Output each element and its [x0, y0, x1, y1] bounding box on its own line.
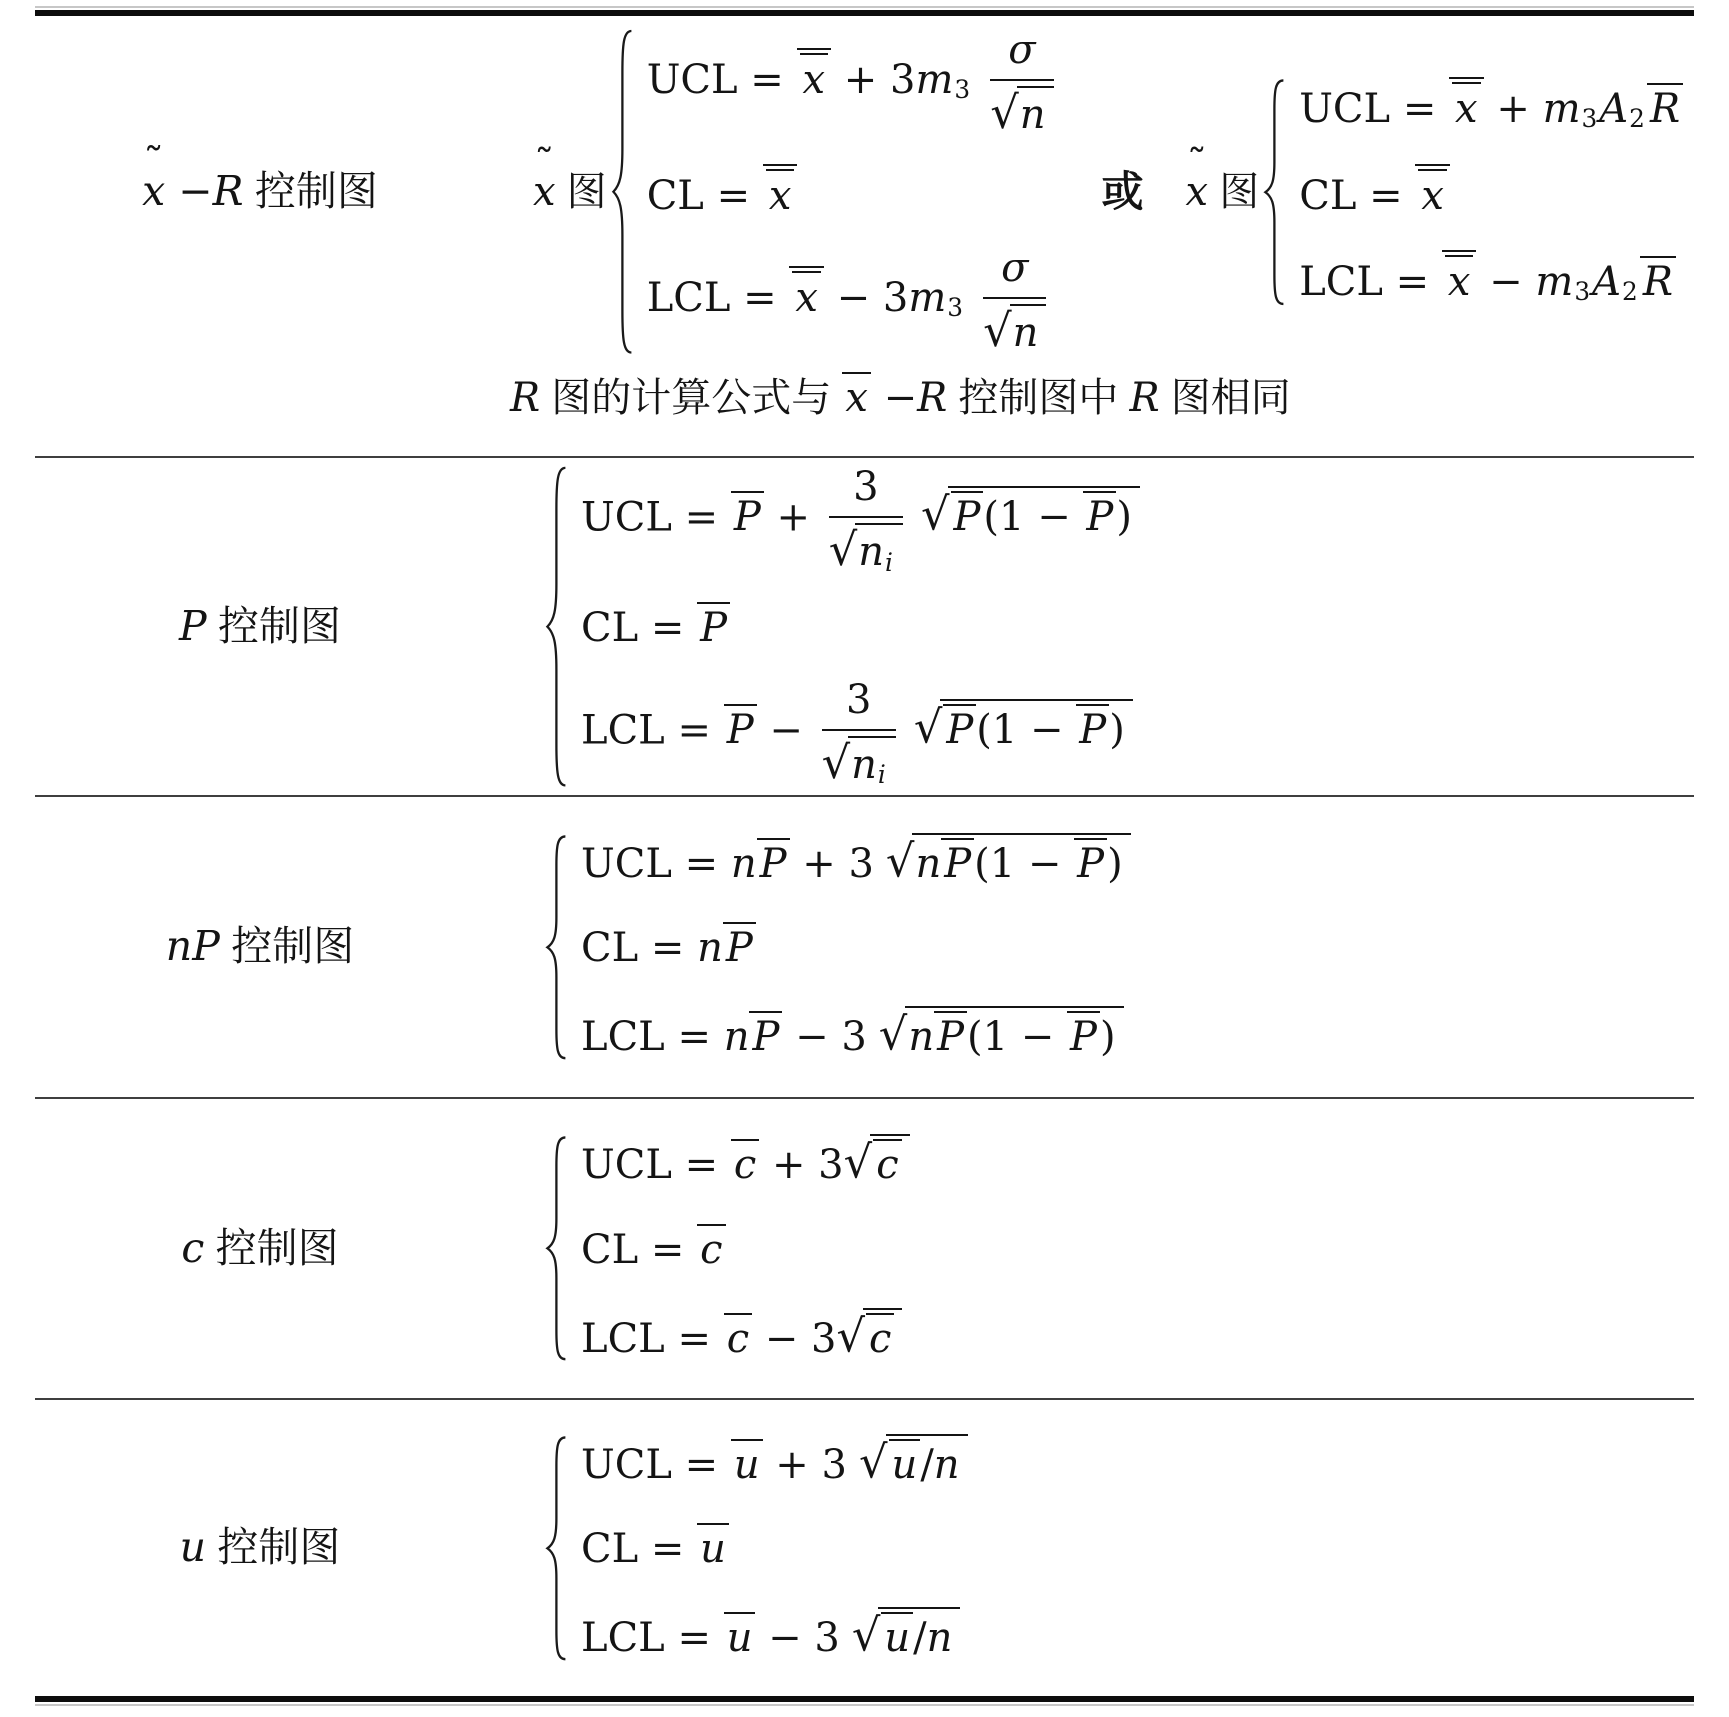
- math-variable: c: [876, 1142, 898, 1188]
- vinculum: u/n: [886, 1434, 968, 1489]
- math-variable: P: [700, 605, 727, 651]
- math-text: (1 −: [974, 841, 1074, 887]
- math-variable: n: [915, 841, 941, 887]
- row-label-median-r: ˜x −R 控制图: [35, 167, 485, 216]
- lcl-formula: LCL = P − 3√ni√P(1 − P): [581, 676, 1140, 791]
- row-label-formula: P 控制图: [179, 602, 341, 651]
- median-chart-sigma-group: ˜x 图 UCL = x + 3m3σ√n CL = x LCL = x − 3…: [533, 26, 1060, 358]
- control-chart-formula-table: ˜x −R 控制图 ˜x 图 UCL = x + 3m3σ√n CL = x L…: [35, 0, 1694, 1706]
- math-variable: σ: [1001, 245, 1028, 291]
- cl-formula: CL = c: [581, 1224, 910, 1274]
- denominator: √n: [990, 81, 1053, 140]
- row-median-r-chart: ˜x −R 控制图 ˜x 图 UCL = x + 3m3σ√n CL = x L…: [35, 16, 1694, 456]
- overbar: P: [731, 491, 764, 538]
- vinculum: u/n: [878, 1607, 960, 1662]
- math-variable: c: [734, 1142, 756, 1188]
- label-text: 图的计算公式与: [540, 376, 842, 420]
- overbar: c: [697, 1224, 725, 1271]
- math-text: (1 −: [976, 707, 1076, 753]
- double-overbar: x: [789, 266, 824, 319]
- math-variable: R: [510, 375, 540, 421]
- p-formula-area: UCL = P + 3√ni√P(1 − P) CL = P LCL = P −…: [485, 463, 1694, 790]
- or-text: 或: [1102, 168, 1144, 215]
- r-chart-note: R 图的计算公式与 x −R 控制图中 R 图相同: [510, 372, 1694, 422]
- radical-icon: √: [822, 736, 849, 789]
- math-text: UCL =: [581, 1142, 731, 1188]
- left-brace-icon: [1263, 77, 1287, 307]
- math-text: −: [165, 167, 212, 215]
- tilde-accented: ˜x: [142, 167, 165, 216]
- math-variable: c: [869, 1316, 891, 1362]
- label-text: 控制图中: [947, 376, 1129, 420]
- row-label-u: u 控制图: [35, 1523, 485, 1572]
- row-label-formula: u 控制图: [180, 1523, 341, 1572]
- square-root: √nP(1 − P): [879, 1006, 1124, 1061]
- denominator: √ni: [829, 518, 903, 578]
- vinculum: n: [1017, 86, 1054, 139]
- math-variable: m: [908, 275, 946, 321]
- math-variable: u: [892, 1442, 918, 1488]
- radical-icon: √: [837, 1309, 864, 1362]
- math-subscript: i: [885, 548, 893, 577]
- p-chart-group: UCL = P + 3√ni√P(1 − P) CL = P LCL = P −…: [545, 463, 1140, 790]
- row-label-c: c 控制图: [35, 1224, 485, 1273]
- tilde-accent-icon: ˜: [143, 143, 164, 184]
- radical-icon: √: [829, 523, 856, 576]
- square-root: √u/n: [859, 1434, 968, 1489]
- math-variable: P: [1079, 707, 1106, 753]
- row-label-formula: ˜x −R 控制图: [142, 167, 378, 216]
- math-variable: P: [734, 494, 761, 540]
- math-variable: m: [1535, 259, 1573, 305]
- math-variable: P: [937, 1014, 964, 1060]
- math-variable: P: [726, 925, 753, 971]
- overbar: P: [941, 838, 974, 885]
- label-text: 控制图: [243, 168, 377, 214]
- overbar: P: [1067, 1011, 1100, 1058]
- row-label-p: P 控制图: [35, 602, 485, 651]
- u-chart-group: UCL = u + 3√u/n CL = u LCL = u − 3√u/n: [545, 1434, 968, 1663]
- math-variable: P: [1086, 494, 1113, 540]
- radical-icon: √: [852, 1609, 879, 1662]
- math-variable: u: [884, 1615, 910, 1661]
- overbar: P: [757, 838, 790, 885]
- radical-icon: √: [983, 304, 1010, 357]
- math-variable: x: [845, 375, 868, 421]
- math-variable: c: [727, 1316, 749, 1362]
- ucl-formula: UCL = x + m3A2R: [1299, 77, 1683, 134]
- radical-icon: √: [844, 1136, 871, 1189]
- double-overbar: x: [763, 164, 798, 217]
- math-text: UCL =: [1299, 86, 1449, 132]
- overbar: P: [723, 922, 756, 969]
- radical-icon: √: [859, 1435, 886, 1488]
- square-root: √P(1 − P): [921, 486, 1140, 541]
- left-brace-icon: [611, 26, 635, 358]
- math-text: LCL =: [581, 1615, 724, 1661]
- lcl-formula: LCL = x − 3m3σ√n: [647, 244, 1060, 358]
- overbar: R: [1640, 256, 1676, 303]
- math-variable: R: [1643, 259, 1673, 305]
- math-text: (1 −: [967, 1014, 1067, 1060]
- overbar: c: [724, 1313, 752, 1360]
- left-brace-icon: [545, 1134, 569, 1363]
- overbar: P: [1083, 491, 1116, 538]
- math-text: ): [1100, 1014, 1116, 1060]
- math-text: CL =: [581, 1227, 697, 1273]
- math-variable: n: [731, 841, 757, 887]
- left-brace-icon: [545, 463, 569, 790]
- label-text: 图: [1208, 170, 1259, 214]
- numerator: 3: [822, 676, 896, 731]
- formula-lines: UCL = nP + 3√nP(1 − P) CL = nP LCL = nP …: [581, 833, 1131, 1062]
- fraction: 3√ni: [822, 676, 896, 791]
- math-variable: c: [181, 1224, 204, 1272]
- overbar: P: [724, 704, 757, 751]
- vinculum: ni: [855, 523, 903, 577]
- ucl-formula: UCL = c + 3√c: [581, 1134, 910, 1189]
- cl-formula: CL = P: [581, 602, 1140, 652]
- math-variable: n: [166, 922, 192, 970]
- math-text: (1 −: [983, 494, 1083, 540]
- math-variable: n: [851, 742, 877, 788]
- math-text: CL =: [1299, 173, 1415, 219]
- double-overbar: x: [1449, 77, 1484, 130]
- denominator: √ni: [822, 731, 896, 791]
- math-variable: n: [724, 1014, 750, 1060]
- row-label-formula: c 控制图: [181, 1224, 338, 1273]
- group-head: ˜x 图: [1186, 168, 1260, 216]
- math-variable: n: [927, 1615, 953, 1661]
- math-variable: n: [908, 1014, 934, 1060]
- fraction: 3√ni: [829, 463, 903, 578]
- math-variable: c: [700, 1227, 722, 1273]
- group-head: ˜x 图: [533, 168, 607, 216]
- math-variable: x: [803, 57, 826, 103]
- math-text: + 3: [763, 1442, 847, 1488]
- math-variable: R: [917, 375, 947, 421]
- label-text: 控制图: [206, 1524, 340, 1570]
- math-subscript: 2: [1629, 104, 1645, 133]
- fraction: σ√n: [983, 244, 1046, 358]
- math-variable: P: [1070, 1014, 1097, 1060]
- overbar: x: [842, 372, 871, 419]
- math-text: −: [1476, 259, 1535, 305]
- math-text: 3: [846, 677, 871, 723]
- np-formula-area: UCL = nP + 3√nP(1 − P) CL = nP LCL = nP …: [485, 833, 1694, 1062]
- math-text: UCL =: [581, 494, 731, 540]
- overbar: c: [866, 1313, 894, 1360]
- row-np-chart: nP 控制图 UCL = nP + 3√nP(1 − P) CL = nP LC…: [35, 797, 1694, 1097]
- formula-lines: UCL = c + 3√c CL = c LCL = c − 3√c: [581, 1134, 910, 1363]
- math-variable: R: [1650, 86, 1680, 132]
- numerator: 3: [829, 463, 903, 518]
- math-variable: x: [1455, 86, 1478, 132]
- math-variable: x: [769, 173, 792, 219]
- math-text: − 3: [824, 275, 908, 321]
- square-root: √n: [983, 304, 1046, 358]
- math-text: ): [1109, 707, 1125, 753]
- row-c-chart: c 控制图 UCL = c + 3√c CL = c LCL = c − 3√c: [35, 1099, 1694, 1398]
- square-root: √P(1 − P): [914, 699, 1133, 754]
- vinculum: nP(1 − P): [905, 1006, 1123, 1061]
- math-variable: u: [180, 1523, 206, 1571]
- math-variable: P: [752, 1014, 779, 1060]
- ucl-formula: UCL = u + 3√u/n: [581, 1434, 968, 1489]
- math-variable: m: [1543, 86, 1581, 132]
- overbar: u: [697, 1523, 729, 1570]
- double-overbar: x: [1415, 164, 1450, 217]
- label-text: 控制图: [207, 603, 341, 649]
- radical-icon: √: [886, 834, 913, 887]
- math-text: UCL =: [647, 57, 797, 103]
- denominator: √n: [983, 299, 1046, 358]
- tilde-accented: ˜x: [1186, 168, 1209, 216]
- math-variable: P: [760, 841, 787, 887]
- vinculum: c: [863, 1308, 902, 1363]
- math-variable: P: [727, 707, 754, 753]
- formula-lines: UCL = P + 3√ni√P(1 − P) CL = P LCL = P −…: [581, 463, 1140, 790]
- tilde-accented: ˜x: [533, 168, 556, 216]
- ucl-formula: UCL = P + 3√ni√P(1 − P): [581, 463, 1140, 578]
- overbar: c: [731, 1139, 759, 1186]
- cl-formula: CL = x: [647, 164, 1060, 220]
- overbar: x: [1445, 255, 1474, 303]
- math-variable: n: [858, 529, 884, 575]
- math-text: LCL =: [581, 1014, 724, 1060]
- numerator: σ: [990, 26, 1053, 81]
- square-root: √n: [990, 86, 1053, 140]
- math-variable: P: [946, 707, 973, 753]
- overbar: P: [697, 602, 730, 649]
- math-text: + 3: [759, 1142, 843, 1188]
- math-variable: n: [1020, 92, 1046, 138]
- row-label-formula: nP 控制图: [166, 922, 354, 971]
- overbar: u: [731, 1439, 763, 1486]
- math-variable: x: [795, 275, 818, 321]
- vinculum: P(1 − P): [940, 699, 1132, 754]
- overbar: R: [1647, 83, 1683, 130]
- tilde-accent-icon: ˜: [1187, 145, 1207, 185]
- math-variable: R: [213, 167, 244, 215]
- overbar: c: [873, 1139, 901, 1186]
- overbar: P: [749, 1011, 782, 1058]
- row-u-chart: u 控制图 UCL = u + 3√u/n CL = u LCL = u − 3…: [35, 1400, 1694, 1696]
- label-text: 控制图: [204, 1225, 338, 1271]
- math-subscript: 2: [1622, 277, 1638, 306]
- label-text: 图相同: [1160, 376, 1291, 420]
- vinculum: n: [1010, 304, 1047, 357]
- vinculum: c: [870, 1134, 909, 1189]
- double-overbar: x: [1442, 250, 1477, 303]
- u-formula-area: UCL = u + 3√u/n CL = u LCL = u − 3√u/n: [485, 1434, 1694, 1663]
- cl-formula: CL = u: [581, 1523, 968, 1573]
- square-root: √u/n: [852, 1607, 961, 1662]
- row-p-chart: P 控制图 UCL = P + 3√ni√P(1 − P) CL = P LCL…: [35, 458, 1694, 795]
- math-text: − 3: [752, 1316, 836, 1362]
- math-variable: P: [179, 602, 207, 650]
- math-text: LCL =: [1299, 259, 1442, 305]
- vinculum: P(1 − P): [948, 486, 1140, 541]
- math-variable: A: [1592, 259, 1621, 305]
- table-bottom-border: [35, 1696, 1694, 1702]
- square-root: √nP(1 − P): [886, 833, 1131, 888]
- math-text: /: [913, 1615, 926, 1661]
- overbar: P: [1074, 838, 1107, 885]
- math-text: ): [1107, 841, 1123, 887]
- math-text: CL =: [581, 925, 697, 971]
- math-text: − 3: [782, 1014, 866, 1060]
- overbar: u: [889, 1439, 921, 1486]
- math-text: LCL =: [647, 275, 790, 321]
- math-variable: n: [1013, 310, 1039, 356]
- lcl-formula: LCL = c − 3√c: [581, 1308, 910, 1363]
- overbar: P: [934, 1011, 967, 1058]
- median-chart-a2r-group: ˜x 图 UCL = x + m3A2R CL = x LCL = x − m3…: [1186, 77, 1684, 307]
- label-text: 控制图: [220, 923, 354, 969]
- math-text: UCL =: [581, 841, 731, 887]
- math-variable: u: [734, 1442, 760, 1488]
- math-variable: u: [700, 1526, 726, 1572]
- lcl-formula: LCL = x − m3A2R: [1299, 250, 1683, 307]
- math-text: −: [757, 707, 816, 753]
- overbar: P: [951, 491, 984, 538]
- math-subscript: 3: [954, 75, 970, 104]
- math-text: + 3: [790, 841, 874, 887]
- square-root: √c: [837, 1308, 903, 1363]
- np-chart-group: UCL = nP + 3√nP(1 − P) CL = nP LCL = nP …: [545, 833, 1131, 1062]
- math-subscript: 3: [1574, 277, 1590, 306]
- radical-icon: √: [921, 488, 948, 541]
- median-r-formula-area: ˜x −R 控制图 ˜x 图 UCL = x + 3m3σ√n CL = x L…: [35, 26, 1694, 358]
- math-variable: m: [915, 57, 953, 103]
- cl-formula: CL = nP: [581, 922, 1131, 972]
- overbar: x: [1418, 169, 1447, 217]
- overbar: x: [800, 53, 829, 101]
- label-text: 图: [556, 170, 607, 214]
- math-variable: u: [727, 1615, 753, 1661]
- overbar: P: [1076, 704, 1109, 751]
- lcl-formula: LCL = nP − 3√nP(1 − P): [581, 1006, 1131, 1061]
- math-text: +: [764, 494, 823, 540]
- c-chart-group: UCL = c + 3√c CL = c LCL = c − 3√c: [545, 1134, 910, 1363]
- row-label-np: nP 控制图: [35, 922, 485, 971]
- math-variable: A: [1599, 86, 1628, 132]
- math-text: /: [920, 1442, 933, 1488]
- overbar: u: [881, 1612, 913, 1659]
- math-text: +: [1484, 86, 1543, 132]
- overbar: u: [724, 1612, 756, 1659]
- tilde-accent-icon: ˜: [534, 145, 554, 185]
- math-text: − 3: [755, 1615, 839, 1661]
- math-variable: x: [1421, 173, 1444, 219]
- math-text: ): [1116, 494, 1132, 540]
- formula-lines: UCL = x + 3m3σ√n CL = x LCL = x − 3m3σ√n: [647, 26, 1060, 358]
- math-text: LCL =: [581, 1316, 724, 1362]
- median-r-groups: ˜x 图 UCL = x + 3m3σ√n CL = x LCL = x − 3…: [485, 26, 1694, 358]
- math-variable: P: [954, 494, 981, 540]
- square-root: √ni: [829, 523, 903, 578]
- double-overbar: x: [797, 48, 832, 101]
- square-root: √ni: [822, 736, 896, 791]
- math-variable: x: [1448, 259, 1471, 305]
- c-formula-area: UCL = c + 3√c CL = c LCL = c − 3√c: [485, 1134, 1694, 1363]
- cl-formula: CL = x: [1299, 164, 1683, 220]
- math-variable: P: [1077, 841, 1104, 887]
- math-variable: n: [934, 1442, 960, 1488]
- math-variable: P: [944, 841, 971, 887]
- left-brace-icon: [545, 1434, 569, 1663]
- or-label: 或: [1102, 167, 1144, 217]
- overbar: P: [943, 704, 976, 751]
- table-bottom-hairline: [35, 1704, 1694, 1706]
- radical-icon: √: [914, 700, 941, 753]
- formula-lines: UCL = x + m3A2R CL = x LCL = x − m3A2R: [1299, 77, 1683, 307]
- math-subscript: 3: [1582, 104, 1598, 133]
- ucl-formula: UCL = x + 3m3σ√n: [647, 26, 1060, 140]
- math-text: CL =: [581, 1526, 697, 1572]
- left-brace-icon: [545, 833, 569, 1062]
- math-variable: P: [192, 922, 220, 970]
- math-variable: σ: [1008, 27, 1035, 73]
- vinculum: ni: [848, 736, 896, 790]
- ucl-formula: UCL = nP + 3√nP(1 − P): [581, 833, 1131, 888]
- vinculum: nP(1 − P): [912, 833, 1130, 888]
- math-text: −: [871, 375, 917, 421]
- radical-icon: √: [990, 86, 1017, 139]
- overbar: x: [792, 271, 821, 319]
- formula-lines: UCL = u + 3√u/n CL = u LCL = u − 3√u/n: [581, 1434, 968, 1663]
- math-variable: R: [1130, 375, 1160, 421]
- math-subscript: i: [878, 760, 886, 789]
- math-text: 3: [853, 464, 878, 510]
- math-subscript: 3: [947, 293, 963, 322]
- lcl-formula: LCL = u − 3√u/n: [581, 1607, 968, 1662]
- radical-icon: √: [879, 1008, 906, 1061]
- overbar: x: [1452, 82, 1481, 130]
- math-text: UCL =: [581, 1442, 731, 1488]
- square-root: √c: [844, 1134, 910, 1189]
- overbar: x: [766, 169, 795, 217]
- math-text: CL =: [581, 605, 697, 651]
- table-top-hairline: [35, 6, 1694, 8]
- fraction: σ√n: [990, 26, 1053, 140]
- math-text: CL =: [647, 173, 763, 219]
- math-text: + 3: [831, 57, 915, 103]
- math-variable: n: [697, 925, 723, 971]
- numerator: σ: [983, 244, 1046, 299]
- math-text: LCL =: [581, 707, 724, 753]
